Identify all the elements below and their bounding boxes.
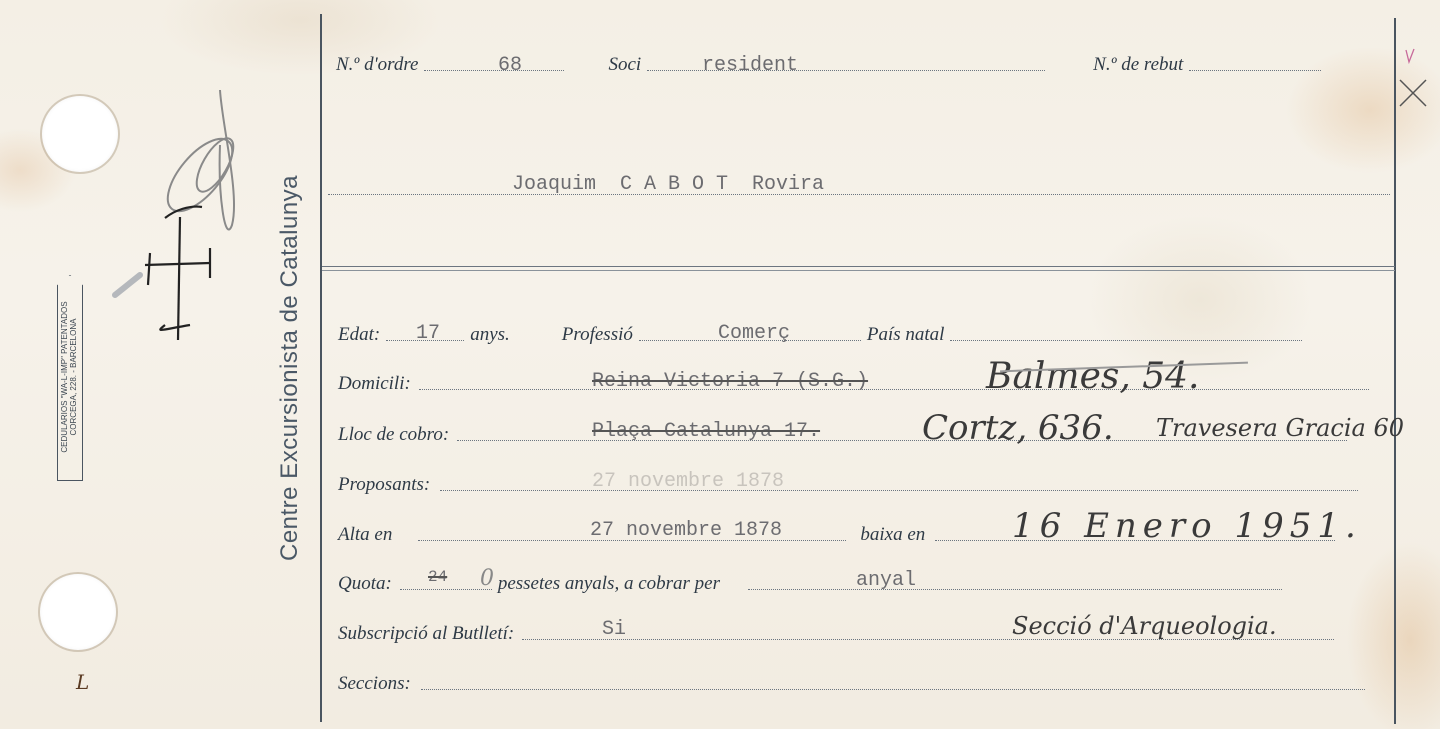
proposers-row: Proposants: (338, 474, 1388, 496)
age-value: 17 (416, 322, 440, 345)
margin-note: L (76, 670, 89, 694)
sections-label: Seccions: (338, 673, 411, 695)
profession-value: Comerç (718, 322, 790, 345)
fee-period-value: anyal (856, 569, 916, 592)
handwritten-mark-icon (110, 85, 250, 355)
member-type-value: resident (702, 54, 798, 77)
right-border-line (1394, 18, 1396, 724)
receipt-label: N.º de rebut (1093, 54, 1183, 76)
address-field[interactable] (419, 388, 1369, 390)
proposers-label: Proposants: (338, 474, 430, 496)
proposers-field[interactable] (440, 489, 1358, 491)
birthplace-label: País natal (867, 324, 945, 346)
order-label: N.º d'ordre (336, 54, 418, 76)
address-label: Domicili: (338, 373, 411, 395)
proposers-value: 27 novembre 1878 (592, 470, 784, 493)
fee-unit-label: pessetes anyals, a cobrar per (498, 573, 720, 595)
receipt-field[interactable] (1189, 69, 1321, 71)
age-label: Edat: (338, 324, 380, 346)
punch-hole-top (42, 96, 118, 172)
address-new-value: Balmes, 54. (986, 356, 1200, 397)
cross-mark-icon (1398, 78, 1428, 108)
joined-label: Alta en (338, 524, 392, 546)
member-type-label: Soci (608, 54, 641, 76)
age-unit-label: anys. (470, 324, 510, 346)
fee-label: Quota: (338, 573, 392, 595)
member-full-name: Joaquim C A B O T Rovira (512, 173, 824, 196)
sections-field[interactable] (421, 688, 1365, 690)
collection-place-label: Lloc de cobro: (338, 424, 449, 446)
fee-value: 0 (480, 566, 494, 591)
check-tick-icon (1404, 48, 1416, 66)
address-old-value: Reina Victoria 7 (S.G.) (592, 370, 868, 393)
age-profession-row: Edat: anys. Professió País natal (338, 324, 1388, 346)
fee-old-value: 24 (428, 568, 447, 586)
bulletin-section-value: Secció d'Arqueologia. (1012, 612, 1277, 640)
sections-row: Seccions: (338, 673, 1388, 695)
printer-line-2: CORCEGA, 228. - BARCELONA (69, 301, 78, 452)
punch-hole-bottom (40, 574, 116, 650)
collection-place-new-value-2: Travesera Gracia 60 (1156, 414, 1404, 442)
birthplace-field[interactable] (950, 339, 1302, 341)
collection-place-old-value: Plaça Catalunya 17. (592, 420, 820, 443)
header-row: N.º d'ordre Soci N.º de rebut (336, 54, 1386, 76)
left-border-line (320, 14, 322, 722)
left-value: 16 Enero 1951. (1012, 506, 1362, 546)
fee-field[interactable] (400, 588, 492, 590)
bulletin-value: Si (602, 618, 626, 641)
printer-line-1: CEDULARIOS "WA-L-IMP" PATENTADOS (60, 301, 69, 452)
organization-name: Centre Excursionista de Catalunya (276, 175, 304, 561)
name-field[interactable] (328, 193, 1390, 195)
fee-period-field[interactable] (748, 588, 1282, 590)
profession-label: Professió (562, 324, 633, 346)
order-value: 68 (498, 54, 522, 77)
order-field[interactable] (424, 69, 564, 71)
membership-card: Centre Excursionista de Catalunya CEDULA… (0, 0, 1440, 729)
bulletin-label: Subscripció al Butlletí: (338, 623, 514, 645)
printer-imprint: CEDULARIOS "WA-L-IMP" PATENTADOS CORCEGA… (60, 301, 78, 452)
left-label: baixa en (860, 524, 925, 546)
joined-value: 27 novembre 1878 (590, 519, 782, 542)
collection-place-new-value-1: Cortz, 636. (922, 408, 1114, 448)
section-divider (322, 266, 1395, 271)
